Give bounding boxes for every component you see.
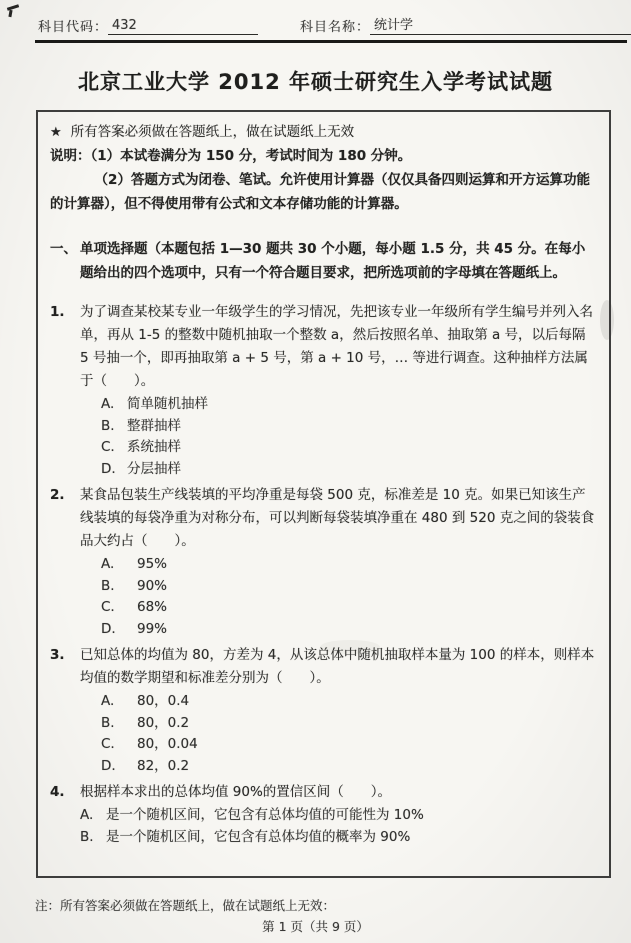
instruction-item-2: （2）答题方式为闭卷、笔试。允许使用计算器（仅仅具备四则运算和开方运算功能的计算… — [50, 168, 597, 216]
option-label: D. — [101, 459, 127, 481]
option-label: C. — [101, 437, 127, 459]
option-list: A.95% B.90% C.68% D.99% — [101, 554, 597, 640]
subject-name-value: 统计学 — [370, 14, 631, 35]
subject-name-label: 科目名称： — [300, 20, 370, 35]
question-2: 2. 某食品包装生产线装填的平均净重是每袋 500 克，标准差是 10 克。如果… — [50, 484, 597, 640]
section-number: 一、 — [50, 237, 80, 285]
option-text: 80，0.04 — [137, 734, 198, 756]
section-one-heading: 一、 单项选择题（本题包括 1—30 题共 30 个小题，每小题 1.5 分，共… — [50, 237, 597, 285]
option-a: A.简单随机抽样 — [101, 394, 597, 416]
option-label: A. — [101, 554, 137, 576]
option-list: A.80，0.4 B.80，0.2 C.80，0.04 D.82，0.2 — [101, 691, 597, 777]
option-label: D. — [101, 619, 137, 641]
option-text: 简单随机抽样 — [127, 394, 208, 416]
option-list: A.简单随机抽样 B.整群抽样 C.系统抽样 D.分层抽样 — [101, 394, 597, 480]
exam-content-box: ★所有答案必须做在答题纸上，做在试题纸上无效 说明：（1）本试卷满分为 150 … — [36, 110, 611, 878]
question-text: 已知总体的均值为 80，方差为 4，从该总体中随机抽取样本量为 100 的样本，… — [80, 644, 597, 690]
question-number: 1. — [50, 301, 80, 480]
option-c: C.80，0.04 — [101, 734, 597, 756]
option-b: B.整群抽样 — [101, 416, 597, 438]
scanned-exam-page: 科目代码：432科目名称：统计学 北京工业大学 2012 年硕士研究生入学考试试… — [0, 0, 631, 943]
option-label: B. — [101, 713, 137, 735]
option-list: A.是一个随机区间，它包含有总体均值的可能性为 10% B.是一个随机区间，它包… — [80, 805, 597, 848]
instruction-item-1: （1）本试卷满分为 150 分，考试时间为 180 分钟。 — [91, 148, 412, 164]
option-text: 系统抽样 — [127, 437, 181, 459]
option-d: D.99% — [101, 619, 597, 641]
option-text: 68% — [137, 597, 167, 619]
question-number: 3. — [50, 644, 80, 777]
option-label: C. — [101, 734, 137, 756]
question-list: 1. 为了调查某校某专业一年级学生的学习情况，先把该专业一年级所有学生编号并列入… — [50, 301, 597, 848]
question-body: 某食品包装生产线装填的平均净重是每袋 500 克，标准差是 10 克。如果已知该… — [80, 484, 597, 640]
exam-header: 科目代码：432科目名称：统计学 — [38, 14, 613, 35]
scan-artifact — [7, 4, 19, 11]
option-label: A. — [101, 691, 137, 713]
option-label: A. — [101, 394, 127, 416]
page-number: 第 1 页（共 9 页） — [0, 917, 631, 935]
question-number: 4. — [50, 781, 80, 848]
option-b: B.90% — [101, 576, 597, 598]
question-text: 根据样本求出的总体均值 90%的置信区间（ ）。 — [80, 781, 597, 804]
option-text: 是一个随机区间，它包含有总体均值的可能性为 10% — [106, 805, 424, 827]
answer-sheet-notice: ★所有答案必须做在答题纸上，做在试题纸上无效 — [50, 121, 597, 144]
option-text: 是一个随机区间，它包含有总体均值的概率为 90% — [106, 827, 410, 849]
option-b: B.80，0.2 — [101, 713, 597, 735]
subject-code-value: 432 — [108, 18, 258, 35]
star-icon: ★ — [50, 125, 62, 140]
instruction-line-1: 说明：（1）本试卷满分为 150 分，考试时间为 180 分钟。 — [50, 145, 597, 168]
question-4: 4. 根据样本求出的总体均值 90%的置信区间（ ）。 A.是一个随机区间，它包… — [50, 781, 597, 848]
option-label: B. — [101, 416, 127, 438]
option-text: 82，0.2 — [137, 756, 189, 778]
option-label: B. — [80, 827, 106, 849]
option-text: 95% — [137, 554, 167, 576]
question-body: 根据样本求出的总体均值 90%的置信区间（ ）。 A.是一个随机区间，它包含有总… — [80, 781, 597, 848]
question-1: 1. 为了调查某校某专业一年级学生的学习情况，先把该专业一年级所有学生编号并列入… — [50, 301, 597, 480]
instructions-label: 说明： — [50, 148, 91, 164]
question-body: 为了调查某校某专业一年级学生的学习情况，先把该专业一年级所有学生编号并列入名单，… — [80, 301, 597, 480]
option-c: C.系统抽样 — [101, 437, 597, 459]
option-c: C.68% — [101, 597, 597, 619]
option-text: 99% — [137, 619, 167, 641]
header-rule — [35, 40, 627, 43]
option-text: 90% — [137, 576, 167, 598]
question-3: 3. 已知总体的均值为 80，方差为 4，从该总体中随机抽取样本量为 100 的… — [50, 644, 597, 777]
option-label: A. — [80, 805, 106, 827]
option-d: D.82，0.2 — [101, 756, 597, 778]
answer-sheet-notice-text: 所有答案必须做在答题纸上，做在试题纸上无效 — [71, 124, 355, 140]
question-body: 已知总体的均值为 80，方差为 4，从该总体中随机抽取样本量为 100 的样本，… — [80, 644, 597, 777]
option-d: D.分层抽样 — [101, 459, 597, 481]
option-b: B.是一个随机区间，它包含有总体均值的概率为 90% — [80, 827, 597, 849]
question-text: 某食品包装生产线装填的平均净重是每袋 500 克，标准差是 10 克。如果已知该… — [80, 484, 597, 553]
option-a: A.80，0.4 — [101, 691, 597, 713]
option-label: C. — [101, 597, 137, 619]
footer-note: 注：所有答案必须做在答题纸上，做在试题纸上无效： — [35, 896, 335, 914]
question-text: 为了调查某校某专业一年级学生的学习情况，先把该专业一年级所有学生编号并列入名单，… — [80, 301, 597, 393]
option-text: 整群抽样 — [127, 416, 181, 438]
page-title: 北京工业大学 2012 年硕士研究生入学考试试题 — [0, 66, 631, 96]
option-text: 80，0.4 — [137, 691, 189, 713]
section-title-text: 单项选择题（本题包括 1—30 题共 30 个小题，每小题 1.5 分，共 45… — [80, 237, 597, 285]
question-number: 2. — [50, 484, 80, 640]
scan-artifact — [8, 10, 12, 17]
option-label: B. — [101, 576, 137, 598]
option-text: 80，0.2 — [137, 713, 189, 735]
option-label: D. — [101, 756, 137, 778]
option-text: 分层抽样 — [127, 459, 181, 481]
subject-code-label: 科目代码： — [38, 20, 108, 35]
option-a: A.是一个随机区间，它包含有总体均值的可能性为 10% — [80, 805, 597, 827]
option-a: A.95% — [101, 554, 597, 576]
